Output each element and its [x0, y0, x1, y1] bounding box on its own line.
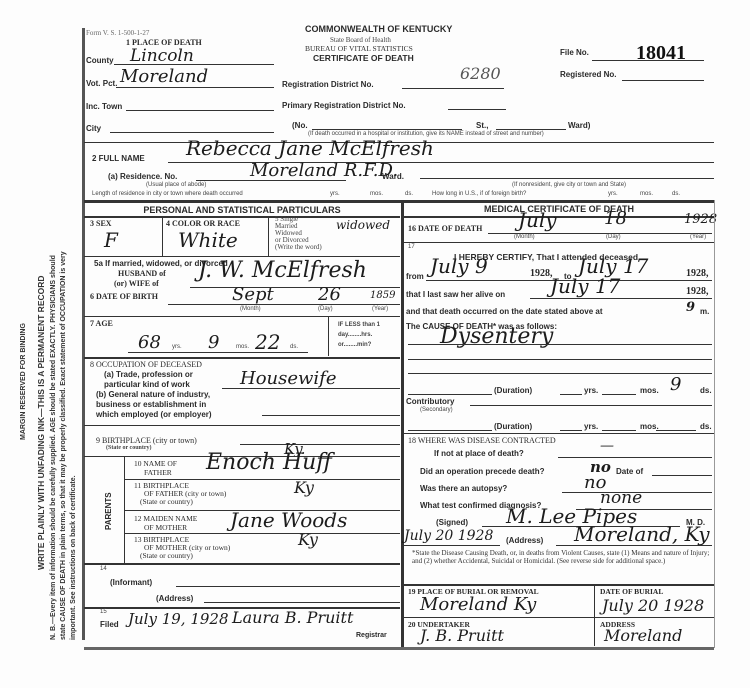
cause-value: Dysentery	[440, 324, 553, 349]
parents-label: PARENTS	[104, 492, 113, 530]
death-year-caption: (Year)	[690, 234, 706, 240]
from-date: July 9	[430, 254, 488, 278]
vot-pct-label: Vot. Pct.	[86, 79, 117, 88]
dob-month-caption: (Month)	[240, 306, 261, 312]
color-value: White	[178, 228, 238, 252]
ward-label: Ward)	[568, 121, 590, 130]
date-of-death-label: 16 DATE OF DEATH	[408, 224, 482, 233]
duration-2-ds: ds.	[700, 422, 712, 431]
duration-label-2: (Duration)	[494, 422, 532, 431]
less-than-day-note: IF LESS than 1 day........hrs. or.......…	[338, 320, 380, 350]
contributory-label: Contributory	[406, 397, 454, 406]
inc-town-label: Inc. Town	[86, 102, 122, 111]
secondary-caption: (Secondary)	[420, 407, 453, 413]
informant-label: (Informant)	[110, 578, 152, 587]
age-years: 68	[138, 332, 161, 353]
death-day-caption: (Day)	[606, 234, 621, 240]
duration-days-value: 9	[670, 374, 681, 395]
birthplace-sub: (State or country)	[106, 445, 152, 451]
foreign-mos: mos.	[640, 191, 653, 197]
how-long-label: How long in U.S., if of foreign birth?	[432, 191, 526, 197]
residence-ward-label: Ward.	[382, 172, 404, 181]
length-residence-label: Length of residence in city or town wher…	[92, 191, 243, 197]
registrar-name: Laura B. Pruitt	[232, 608, 353, 627]
burial-place-value: Moreland Ky	[420, 594, 536, 615]
wife-label: (or) WIFE of	[114, 279, 159, 288]
foreign-ds: ds.	[672, 191, 680, 197]
age-yrs-label: yrs.	[172, 344, 182, 350]
mother-name-label: 12 MAIDEN NAME OF MOTHER	[134, 514, 197, 532]
death-month: July	[518, 208, 557, 232]
board-of-health: State Board of Health	[330, 36, 391, 44]
operation-date-label: Date of	[616, 467, 643, 476]
dob-day: 26	[318, 284, 341, 305]
not-at-place-label: If not at place of death?	[434, 449, 524, 458]
full-name-value: Rebecca Jane McElfresh	[186, 136, 434, 160]
occupation-value: Housewife	[240, 368, 337, 389]
time-of-death: 9	[686, 300, 695, 315]
occupation-a-label: (a) Trade, profession or particular kind…	[104, 370, 193, 390]
dob-label: 6 DATE OF BIRTH	[90, 292, 158, 301]
column-divider	[401, 200, 404, 648]
death-year: 1928	[684, 212, 717, 227]
duration-2-yrs: yrs.	[584, 422, 598, 431]
last-saw-label: that I last saw her alive on	[406, 290, 505, 299]
physician-address-value: Moreland, Ky	[574, 522, 710, 546]
where-contracted-heading: 18 WHERE WAS DISEASE CONTRACTED	[408, 436, 556, 445]
spouse-value: J. W. McElfresh	[198, 258, 367, 283]
margin-binding-note: MARGIN RESERVED FOR BINDING	[20, 323, 27, 440]
form-left-border	[82, 28, 85, 640]
reg-district-value: 6280	[460, 64, 501, 83]
signature-date: July 20 1928	[404, 528, 493, 544]
age-mos-label: mos.	[236, 344, 249, 350]
color-label: 4 COLOR OR RACE	[166, 219, 240, 228]
age-ds-label: ds.	[290, 344, 298, 350]
bureau-title: BUREAU OF VITAL STATISTICS	[305, 44, 413, 53]
father-birthplace-label: 11 BIRTHPLACE OF FATHER (city or town) (…	[134, 482, 226, 506]
not-at-place-value: —	[600, 438, 614, 454]
birthplace-label: 9 BIRTHPLACE (city or town)	[96, 436, 197, 445]
mother-birthplace-value: Ky	[298, 530, 318, 549]
mother-name-value: Jane Woods	[230, 508, 347, 532]
filed-date: July 19, 1928	[128, 610, 229, 628]
margin-note-line3: important. See instructions on back of c…	[70, 475, 77, 640]
undertaker-value: J. B. Pruitt	[420, 626, 504, 645]
physician-address-label: (Address)	[506, 536, 543, 545]
duration-1-yrs: yrs.	[584, 386, 598, 395]
autopsy-label: Was there an autopsy?	[420, 484, 507, 493]
county-label: County	[86, 56, 114, 65]
occupation-b-label: (b) General nature of industry, business…	[96, 390, 212, 420]
no-label: (No.	[292, 121, 308, 130]
st-label: St.,	[476, 121, 488, 130]
margin-note-line2: state CAUSE OF DEATH in plain terms, so …	[60, 251, 67, 640]
city-label: City	[86, 124, 101, 133]
length-ds: ds.	[405, 191, 413, 197]
burial-date-value: July 20 1928	[602, 596, 704, 615]
form-number: Form V. S. 1-500-1-27	[86, 29, 149, 37]
duration-1-mos: mos.	[640, 386, 659, 395]
residence-label: (a) Residence. No.	[108, 172, 177, 181]
father-birthplace-value: Ky	[294, 478, 314, 497]
m-label: m.	[700, 307, 709, 316]
full-name-label: 2 FULL NAME	[92, 154, 145, 163]
death-month-caption: (Month)	[514, 234, 535, 240]
length-mos: mos.	[370, 191, 383, 197]
vot-pct-value: Moreland	[120, 66, 208, 87]
occurred-text: and that death occurred on the date stat…	[406, 307, 602, 316]
item-17-number: 17	[408, 244, 415, 250]
reg-district-label: Registration District No.	[282, 80, 374, 89]
marital-status-value: widowed	[336, 218, 390, 232]
duration-1-ds: ds.	[700, 386, 712, 395]
registered-no-label: Registered No.	[560, 70, 616, 79]
primary-reg-label: Primary Registration District No.	[282, 101, 406, 110]
duration-label-1: (Duration)	[494, 386, 532, 395]
file-no-value: 18041	[636, 42, 686, 65]
residence-value: Moreland R.F.D.	[250, 160, 398, 181]
cause-footnote: *State the Disease Causing Death, or, in…	[412, 550, 714, 565]
margin-write-plainly: WRITE PLAINLY WITH UNFADING INK—THIS IS …	[36, 275, 46, 570]
dob-day-caption: (Day)	[318, 306, 333, 312]
personal-heading: PERSONAL AND STATISTICAL PARTICULARS	[84, 205, 400, 215]
sex-value: F	[104, 228, 118, 252]
informant-number: 14	[100, 566, 107, 572]
father-name-value: Enoch Huff	[206, 450, 332, 475]
informant-address-label: (Address)	[156, 594, 193, 603]
registrar-label: Registrar	[356, 632, 387, 639]
to-year: 1928,	[686, 268, 709, 279]
undertaker-address-value: Moreland	[604, 626, 682, 645]
sex-label: 3 SEX	[90, 219, 112, 228]
occupation-heading: 8 OCCUPATION OF DECEASED	[90, 360, 202, 369]
nonresident-note: (If nonresident, give city or town and S…	[512, 182, 626, 188]
length-yrs: yrs.	[330, 191, 340, 197]
margin-note-line1: N. B.—Every item of information should b…	[50, 255, 57, 640]
last-saw-year: 1928,	[686, 286, 709, 297]
marital-status-options: 5 Single Married Widowed or Divorced (Wr…	[275, 216, 322, 251]
usual-place-caption: (Usual place of abode)	[146, 182, 206, 188]
death-day: 18	[604, 208, 627, 229]
certificate-title: CERTIFICATE OF DEATH	[313, 53, 414, 63]
father-name-label: 10 NAME OF FATHER	[134, 459, 177, 477]
signed-label: (Signed)	[436, 518, 468, 527]
age-label: 7 AGE	[90, 319, 113, 328]
form-right-border	[714, 200, 715, 648]
husband-label: HUSBAND of	[118, 269, 166, 278]
operation-label: Did an operation precede death?	[420, 467, 544, 476]
last-saw-date: July 17	[550, 274, 620, 298]
from-label: from	[406, 272, 424, 281]
county-value: Lincoln	[130, 46, 194, 66]
dob-year: 1859	[370, 290, 395, 301]
file-no-label: File No.	[560, 48, 589, 57]
foreign-yrs: yrs.	[608, 191, 618, 197]
burial-date-label: DATE OF BURIAL	[600, 587, 663, 596]
medical-heading: MEDICAL CERTIFICATE OF DEATH	[404, 204, 714, 214]
dob-month: Sept	[232, 284, 274, 305]
age-months: 9	[208, 332, 219, 353]
commonwealth-title: COMMONWEALTH OF KENTUCKY	[305, 24, 452, 34]
dob-year-caption: (Year)	[372, 306, 388, 312]
filed-label: Filed	[100, 620, 119, 629]
mother-birthplace-label: 13 BIRTHPLACE OF MOTHER (city or town) (…	[134, 536, 230, 560]
filed-number: 15	[100, 609, 107, 615]
age-days: 22	[255, 330, 280, 354]
